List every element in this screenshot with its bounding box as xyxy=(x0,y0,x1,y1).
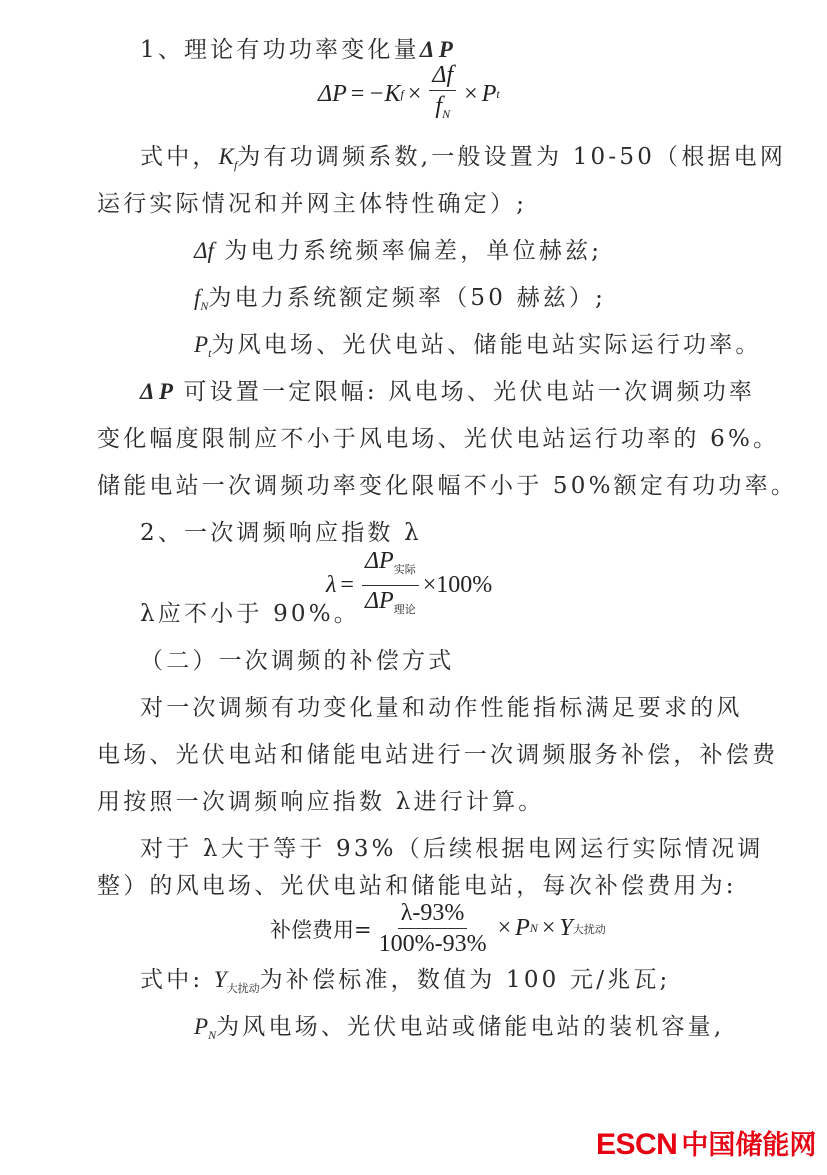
formula-tail: ×100% xyxy=(423,572,493,599)
numerator: Δf xyxy=(429,62,456,91)
paragraph-delta-f: Δf 为电力系统频率偏差，单位赫兹; xyxy=(194,237,602,265)
heading-response-index: 2、一次调频响应指数 λ xyxy=(140,519,422,547)
text: 为风电场、光伏电站或储能电站的装机容量, xyxy=(216,1014,724,1040)
text: 为风电场、光伏电站、储能电站实际运行功率。 xyxy=(211,332,761,358)
paragraph-compensation-line2: 电场、光伏电站和储能电站进行一次调频服务补偿，补偿费 xyxy=(97,741,778,769)
equals-sign: = xyxy=(351,81,365,108)
times-sign: × xyxy=(542,915,556,942)
paragraph-pt: Pt为风电场、光伏电站、储能电站实际运行功率。 xyxy=(194,331,762,367)
paragraph-kf-continued: 运行实际情况和并网主体特性确定）; xyxy=(97,190,527,218)
text: 为补偿标准，数值为 100 元/兆瓦; xyxy=(260,967,671,993)
numerator: λ-93% xyxy=(398,900,468,929)
paragraph-limit-line3: 储能电站一次调频功率变化限幅不小于 50%额定有功功率。 xyxy=(97,472,797,500)
denominator-subscript: N xyxy=(442,107,450,121)
kf-symbol: K xyxy=(219,144,234,169)
y-symbol: Y xyxy=(214,967,227,992)
fraction: ΔP实际 ΔP理论 xyxy=(362,548,419,623)
paragraph-fn: fN为电力系统额定频率（50 赫兹）; xyxy=(194,284,606,320)
times-sign: × xyxy=(464,81,478,108)
logo-name: 中国储能网 xyxy=(681,1130,816,1160)
pn-subscript: N xyxy=(208,1028,216,1042)
paragraph-threshold: 对于 λ大于等于 93%（后续根据电网运行实际情况调 xyxy=(140,835,764,863)
escn-watermark-logo: ESCN中国储能网 xyxy=(596,1123,816,1162)
pt-symbol: P xyxy=(194,332,208,357)
text: 为有功调频系数,一般设置为 10-50（根据电网 xyxy=(237,144,786,170)
fraction: Δf fN xyxy=(429,62,456,127)
delta-f-symbol: Δf xyxy=(194,238,214,263)
paragraph-limit-line2: 变化幅度限制应不小于风电场、光伏电站运行功率的 6%。 xyxy=(97,425,779,453)
denominator: ΔP xyxy=(365,588,394,614)
fraction: λ-93% 100%-93% xyxy=(376,900,490,957)
kf-symbol: −K xyxy=(368,81,400,108)
paragraph-y-standard: 式中: Y大扰动为补偿标准，数值为 100 元/兆瓦; xyxy=(140,966,671,1003)
paragraph-compensation: 对一次调频有功变化量和动作性能指标满足要求的风 xyxy=(140,694,743,722)
heading-theoretical-power-change: 1、理论有功功率变化量Δ P xyxy=(140,36,453,64)
logo-brand: ESCN xyxy=(596,1128,677,1161)
numerator-subscript: 实际 xyxy=(394,564,416,576)
denominator-subscript: 理论 xyxy=(394,604,416,616)
heading-text: 1、理论有功功率变化量 xyxy=(140,37,420,63)
p-subscript: t xyxy=(496,87,499,102)
y-symbol: Y xyxy=(559,915,572,942)
kf-subscript: f xyxy=(401,87,404,102)
denominator: 100%-93% xyxy=(376,929,490,957)
paragraph-pn: PN为风电场、光伏电站或储能电站的装机容量, xyxy=(194,1013,724,1049)
y-subscript: 大扰动 xyxy=(573,921,606,937)
paragraph-lambda-min: λ应不小于 90%。 xyxy=(140,600,360,628)
formula-compensation-fee: 补偿费用= λ-93% 100%-93% × PN × Y大扰动 xyxy=(270,900,606,957)
formula-delta-p: ΔP = −Kf × Δf fN × Pt xyxy=(318,62,500,127)
text: 为电力系统频率偏差，单位赫兹; xyxy=(214,238,602,264)
lambda-symbol: λ xyxy=(326,572,336,599)
paragraph-kf: 式中，Kf为有功调频系数,一般设置为 10-50（根据电网 xyxy=(140,143,786,179)
text: 式中: xyxy=(140,967,214,993)
paragraph-limit: Δ P 可设置一定限幅: 风电场、光伏电站一次调频功率 xyxy=(140,378,755,406)
y-subscript: 大扰动 xyxy=(227,982,260,995)
pn-symbol: P xyxy=(194,1014,208,1039)
times-sign: × xyxy=(498,915,512,942)
delta-p-symbol: Δ P xyxy=(420,37,453,62)
times-sign: × xyxy=(408,81,422,108)
pn-symbol: P xyxy=(515,915,530,942)
paragraph-threshold-line2: 整）的风电场、光伏电站和储能电站，每次补偿费用为: xyxy=(97,872,737,900)
formula-lhs: ΔP xyxy=(318,81,347,108)
formula-lhs: 补偿费用= xyxy=(270,914,372,944)
pn-subscript: N xyxy=(530,921,538,936)
equals-sign: = xyxy=(340,572,354,599)
text: 为电力系统额定频率（50 赫兹）; xyxy=(208,285,606,311)
p-symbol: P xyxy=(482,81,497,108)
text: 式中， xyxy=(140,144,219,170)
numerator: ΔP xyxy=(365,548,394,574)
text: 可设置一定限幅: 风电场、光伏电站一次调频功率 xyxy=(173,379,755,405)
delta-p-symbol: Δ P xyxy=(140,379,173,404)
paragraph-compensation-line3: 用按照一次调频响应指数 λ进行计算。 xyxy=(97,788,545,816)
heading-compensation: （二）一次调频的补偿方式 xyxy=(140,647,454,675)
